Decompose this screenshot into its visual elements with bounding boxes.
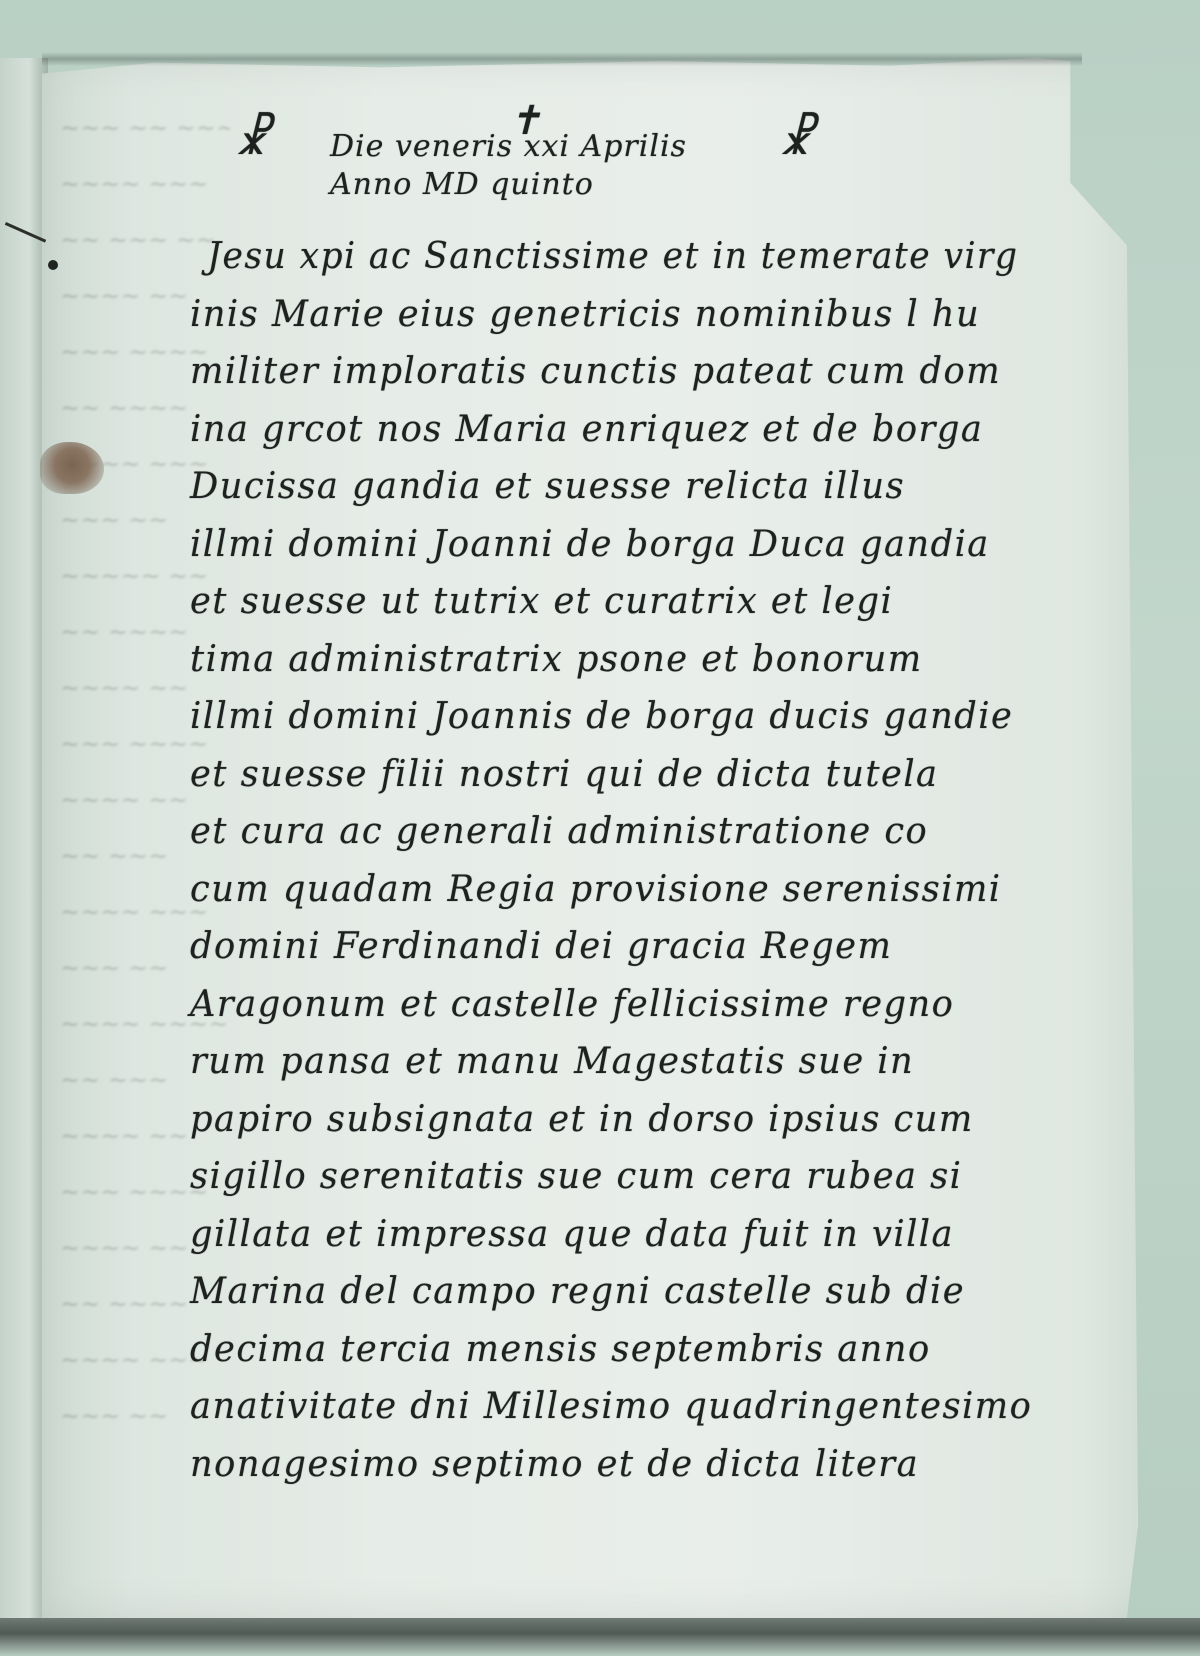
text-line: sigillo serenitatis sue cum cera rubea s… <box>190 1148 1090 1206</box>
manuscript-body: Jesu xpi ac Sanctissime et in temerate v… <box>190 228 1110 1493</box>
text-line: et suesse ut tutrix et curatrix et legi <box>190 573 1090 631</box>
chrismon-left-icon: ☧ <box>234 115 270 161</box>
text-line: tima administratrix psone et bonorum <box>190 631 1090 689</box>
text-line: gillata et impressa que data fuit in vil… <box>190 1206 1090 1264</box>
text-line: anativitate dni Millesimo quadringentesi… <box>190 1378 1090 1436</box>
margin-dot-mark <box>48 260 58 270</box>
text-line: Jesu xpi ac Sanctissime et in temerate v… <box>190 228 1072 286</box>
text-line: illmi domini Joanni de borga Duca gandia <box>190 516 1090 574</box>
text-line: nonagesimo septimo et de dicta litera <box>190 1436 1090 1494</box>
ink-stain <box>40 442 104 494</box>
header-date-line: Die veneris xxi Aprilis <box>330 129 687 164</box>
text-line: inis Marie eius genetricis nominibus l h… <box>190 286 1090 344</box>
text-line: illmi domini Joannis de borga ducis gand… <box>190 688 1090 746</box>
book-binding-edge <box>0 58 48 1656</box>
text-line: Ducissa gandia et suesse relicta illus <box>190 458 1090 516</box>
text-line: decima tercia mensis septembris anno <box>190 1321 1090 1379</box>
text-line: cum quadam Regia provisione serenissimi <box>190 861 1090 919</box>
text-line: domini Ferdinandi dei gracia Regem <box>190 918 1090 976</box>
text-line: militer imploratis cunctis pateat cum do… <box>190 343 1090 401</box>
text-line: rum pansa et manu Magestatis sue in <box>190 1033 1090 1091</box>
book-bottom-edge <box>0 1618 1200 1656</box>
document-header: ✝ ☧ Die veneris xxi Aprilis Anno MD quin… <box>240 95 840 235</box>
text-line: Marina del campo regni castelle sub die <box>190 1263 1090 1321</box>
page-top-edge <box>42 52 1082 66</box>
text-line: et cura ac generali administratione co <box>190 803 1090 861</box>
text-line: papiro subsignata et in dorso ipsius cum <box>190 1091 1090 1149</box>
chrismon-right-icon: ☧ <box>778 115 814 161</box>
text-line: ina grcot nos Maria enriquez et de borga <box>190 401 1090 459</box>
header-year-line: Anno MD quinto <box>330 167 594 202</box>
text-line: et suesse filii nostri qui de dicta tute… <box>190 746 1090 804</box>
text-line: Aragonum et castelle fellicissime regno <box>190 976 1090 1034</box>
